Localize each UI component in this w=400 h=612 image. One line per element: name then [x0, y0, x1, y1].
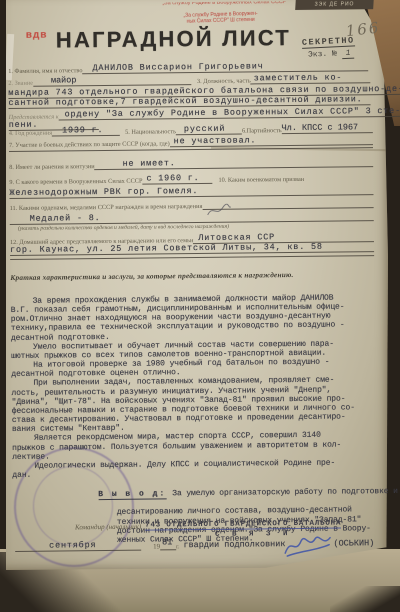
field-nationality-value: русский [176, 124, 242, 136]
awards-count-text: Медалей - 8. [30, 213, 101, 224]
conclusion-first-line: В ы в о д:За умелую организаторскую рабо… [60, 478, 392, 509]
blank-line-2 [10, 255, 374, 260]
blank-underline [10, 255, 374, 260]
characteristic-body: За время прохождения службы в занимаемой… [11, 293, 381, 480]
conclusion-first-text: За умелую организаторскую работу по подг… [172, 487, 398, 498]
award-grant-stamp: „За службу Родине в Вооружен- ных Силах … [160, 10, 280, 25]
date-year-suffix: г. [176, 544, 179, 550]
field-awards-hint: (указать раздельно количество орденов и … [18, 224, 229, 232]
date-year: 81 [162, 537, 172, 547]
field-combat-value: не участвовал. [170, 134, 373, 147]
field-presented-value: ордену "За службу Родине в Вооруженных С… [59, 106, 400, 121]
conclusion-label: В ы в о д: [98, 490, 166, 501]
copy-number-line: Экз. № 1 [308, 49, 355, 60]
edge-label-partial: ЗЭК ДЕ РИО [295, 0, 374, 10]
field-rank-value: майор [33, 74, 191, 87]
signer-name: (ОСЬКИН) [333, 538, 374, 548]
commander-label: Командир (начальник) [75, 523, 141, 532]
handwritten-page-number: 166 [345, 18, 381, 40]
field-commissariat-value-row: Железнодорожным РВК гор. Гомеля. [9, 184, 373, 199]
paragraph: При выполнении задач, поставленных коман… [11, 376, 380, 435]
date-month: сентября [37, 540, 141, 552]
field-nationality-label: 5. Национальность [120, 128, 176, 136]
field-party-label: 6.Партийность [242, 127, 282, 134]
field-rank-label: 2. Звание [8, 80, 33, 87]
field-birthyear-label: 4. Год рождения [9, 130, 52, 137]
field-wounds-label: 8. Имеет ли ранения и контузии [9, 163, 94, 171]
field-commissariat-value: Железнодорожным РВК гор. Гомеля. [9, 184, 373, 199]
field-birthyear-value: 1939 г. [52, 125, 120, 137]
copy-label: Экз. № [308, 49, 337, 59]
field-combat-label: 7. Участие в боевых действиях по защите … [9, 140, 170, 149]
signer-rank: гвардии подполковник [179, 539, 285, 550]
field-wounds-row: 8. Имеет ли ранения и контузии не имеет. [9, 156, 373, 171]
field-awards-label: 11. Какими орденами, медалями СССР награ… [10, 203, 203, 212]
field-name-label: 1. Фамилия, имя и отчество [8, 67, 82, 75]
document-title: НАГРАДНОЙ ЛИСТ [56, 25, 291, 53]
handwritten-signature [281, 533, 333, 560]
award-stamp-cutoff: „За службу Родине в Вооруженных Силах СС… [145, 0, 305, 7]
copy-number: 1 [341, 49, 354, 60]
vdv-red-mark: вдв [26, 30, 48, 41]
handwritten-flourish [206, 204, 232, 218]
document-content: „За службу Родине в Вооруженных Силах СС… [0, 0, 400, 612]
characteristic-heading: Краткая характеристика и заслуги, за кот… [10, 270, 293, 282]
paragraph: Является рекордсменом мира, мастер спорт… [12, 430, 380, 461]
field-commissariat-label: 10. Каким военкоматом призван [212, 176, 304, 184]
photographed-award-document: „За службу Родине в Вооруженных Силах СС… [0, 0, 400, 612]
field-party-value: Чл. КПСС с 1967 [282, 122, 373, 134]
field-position-value: заместитель ко- [251, 72, 371, 84]
date-day-blank [15, 551, 37, 552]
field-service-since-value: с 1960 г. [142, 173, 212, 185]
paragraph: За время прохождения службы в занимаемой… [11, 293, 379, 343]
date-year-underline: 81 [160, 549, 176, 550]
signature-area [286, 549, 334, 550]
date-year-prefix: 19 [141, 542, 160, 550]
field-service-since-label: 9. С какого времени в Вооруженных Силах … [9, 178, 142, 186]
field-position-label: 3. Должность, часть [191, 77, 251, 85]
field-wounds-value: не имеет. [95, 156, 374, 170]
paragraph: Идеологически выдержан. Делу КПСС и соци… [12, 458, 380, 480]
